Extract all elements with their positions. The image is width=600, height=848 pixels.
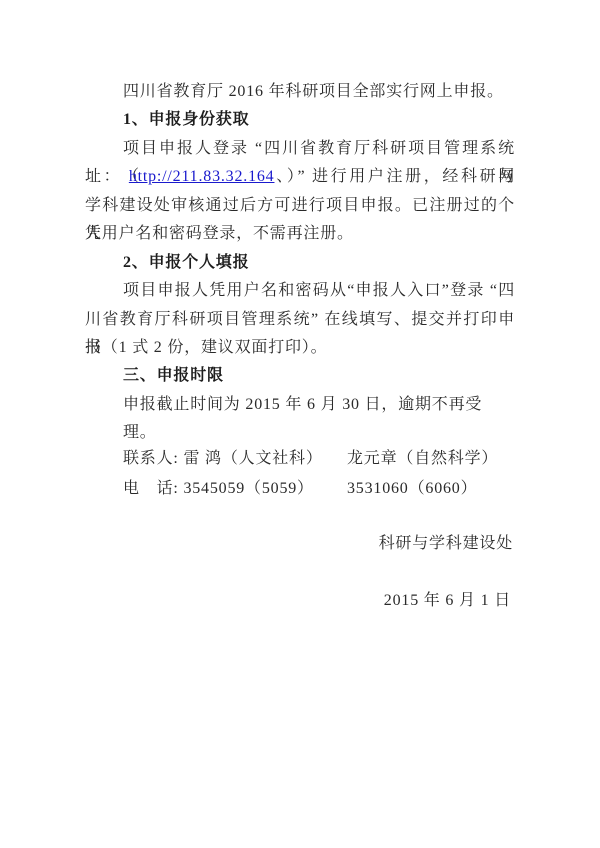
document-page: { "page": { "background": "#ffffff", "te…	[0, 0, 600, 848]
section-1-line-1: 项目申报人登录 “四川省教育厅科研项目管理系统（网	[85, 135, 515, 163]
system-url-link[interactable]: http://211.83.32.164	[129, 168, 275, 185]
contact-names-row: 联系人: 雷 鸿（人文社科）龙元章（自然科学）	[123, 444, 498, 474]
section-3-line-1: 申报截止时间为 2015 年 6 月 30 日，逾期不再受理。	[85, 391, 515, 419]
section-1-line-2: 址： http://211.83.32.164、）” 进行用户注册，经科研与	[85, 163, 515, 191]
section-2-heading: 2、申报个人填报	[85, 249, 515, 277]
contact-phones-row: 电 话: 3545059（5059）3531060（6060）	[123, 474, 498, 504]
contact-person-social-science: 联系人: 雷 鸿（人文社科）	[123, 444, 347, 474]
contact-phone-natural-science: 3531060（6060）	[347, 480, 477, 497]
section-3-heading: 三、申报时限	[85, 362, 515, 390]
signature-department: 科研与学科建设处	[85, 530, 513, 553]
section-1-line-3: 学科建设处审核通过后方可进行项目申报。已注册过的个人	[85, 192, 515, 220]
contact-person-natural-science: 龙元章（自然科学）	[347, 450, 498, 467]
document-date: 2015 年 6 月 1 日	[85, 587, 511, 610]
url-prefix-text: 址：	[85, 168, 129, 185]
url-suffix-text: 、）” 进行用户注册，经科研与	[274, 168, 515, 185]
section-2-line-2: 川省教育厅科研项目管理系统” 在线填写、提交并打印申报	[85, 306, 515, 334]
contact-block: 联系人: 雷 鸿（人文社科）龙元章（自然科学） 电 话: 3545059（505…	[123, 444, 498, 503]
intro-line: 四川省教育厅 2016 年科研项目全部实行网上申报。	[85, 78, 515, 106]
contact-phone-social-science: 电 话: 3545059（5059）	[123, 474, 347, 504]
section-2-line-3: 书（1 式 2 份，建议双面打印）。	[85, 334, 515, 362]
section-1-heading: 1、申报身份获取	[85, 106, 515, 134]
section-2-line-1: 项目申报人凭用户名和密码从“申报人入口”登录 “四	[85, 277, 515, 305]
document-body: 四川省教育厅 2016 年科研项目全部实行网上申报。 1、申报身份获取 项目申报…	[85, 78, 515, 419]
section-1-line-4: 凭用户名和密码登录，不需再注册。	[85, 220, 515, 248]
